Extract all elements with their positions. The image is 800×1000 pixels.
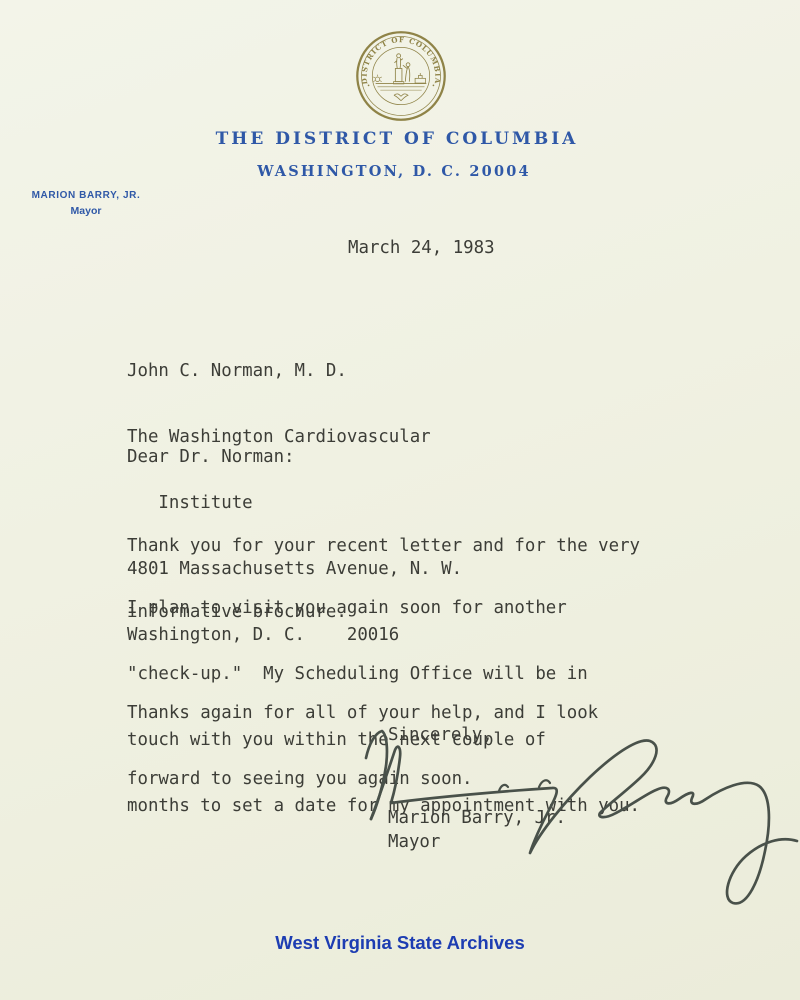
letter-date: March 24, 1983 — [348, 237, 495, 259]
letterhead-title: THE DISTRICT OF COLUMBIA — [0, 129, 794, 149]
official-title: Mayor — [25, 205, 147, 217]
recipient-line: John C. Norman, M. D. — [127, 360, 462, 382]
body-line: Thanks again for all of your help, and I… — [127, 702, 598, 724]
official-name: MARION BARRY, JR. — [25, 190, 147, 201]
official-block: MARION BARRY, JR. Mayor — [25, 190, 147, 217]
letter-document: DISTRICT OF COLUMBIA THE DISTRICT OF COL… — [0, 0, 800, 1000]
recipient-line: The Washington Cardiovascular — [127, 426, 462, 448]
salutation: Dear Dr. Norman: — [127, 446, 295, 468]
archive-caption: West Virginia State Archives — [0, 932, 800, 954]
signer-title: Mayor — [388, 831, 440, 853]
body-line: I plan to visit you again soon for anoth… — [127, 597, 640, 619]
closing: Sincerely, — [388, 724, 493, 746]
district-of-columbia-seal-icon: DISTRICT OF COLUMBIA — [354, 29, 448, 123]
signer-name: Marion Barry, Jr. — [388, 807, 566, 829]
body-line: forward to seeing you again soon. — [127, 768, 598, 790]
letterhead-address: WASHINGTON, D. C. 20004 — [0, 163, 788, 180]
